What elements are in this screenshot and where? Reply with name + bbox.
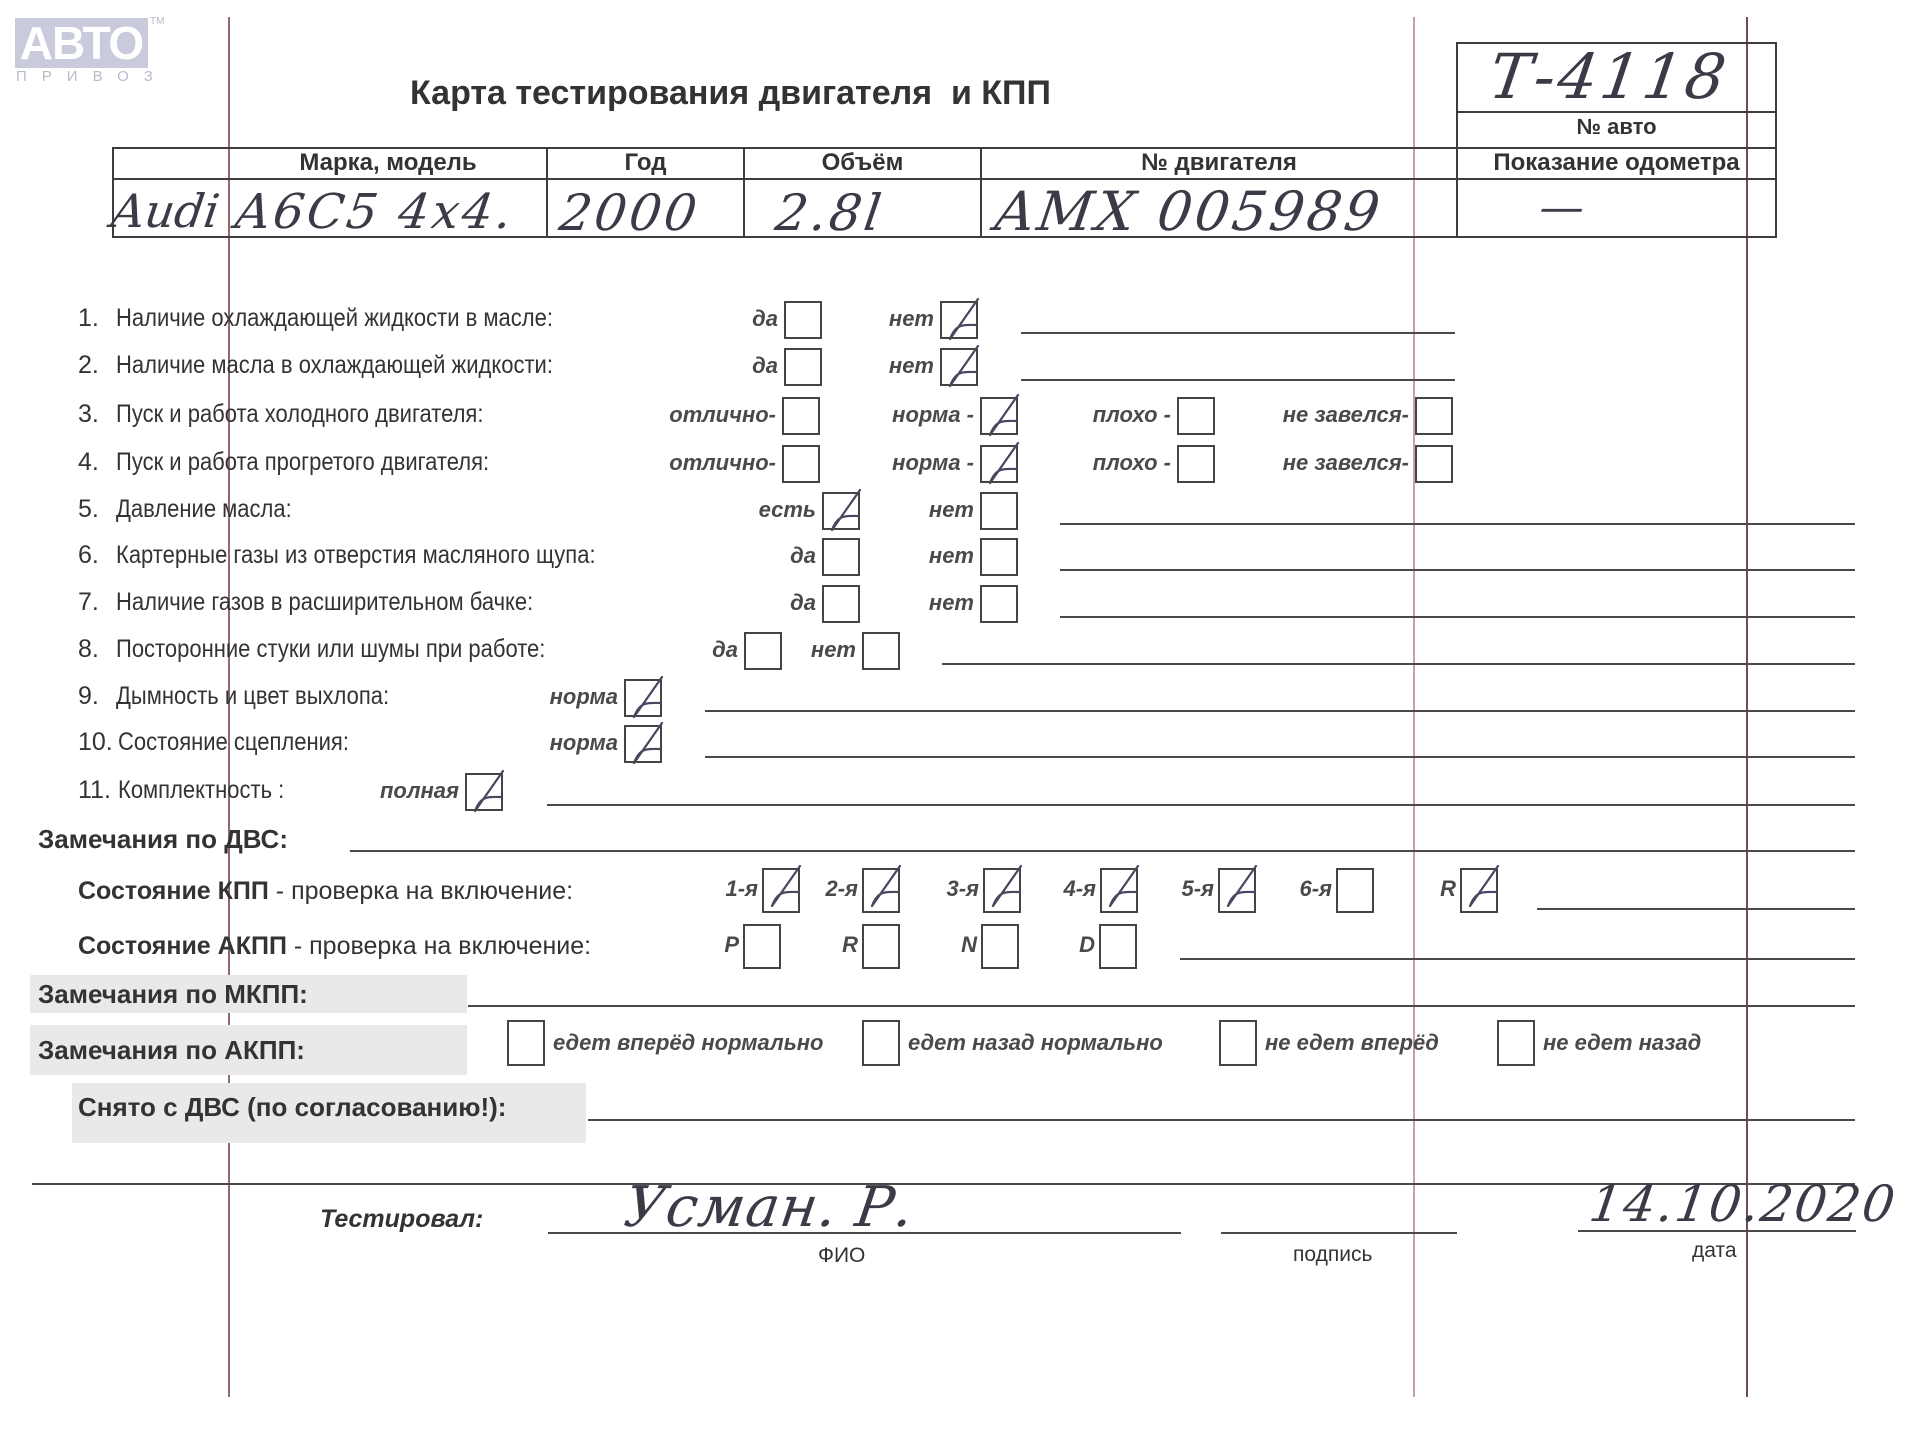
column-header-model: Марка, модель [229, 149, 547, 177]
gear-checkbox-1-я[interactable] [762, 868, 800, 913]
tested-by-label: Тестировал: [320, 1205, 483, 1234]
notes-line-1[interactable] [1021, 332, 1455, 334]
option-label: да [700, 306, 778, 332]
auto-gearbox-label-bold: Состояние АКПП [78, 932, 287, 960]
position-checkbox-P[interactable] [743, 924, 781, 969]
position-label: N [940, 932, 977, 958]
divider [113, 178, 1777, 180]
notes-line-11[interactable] [547, 804, 1855, 806]
checkbox-4-1[interactable] [782, 445, 820, 483]
notes-line-2[interactable] [1021, 379, 1455, 381]
checkbox-6-1[interactable] [822, 538, 860, 576]
checklist-label: Состояние сцепления: [118, 728, 349, 757]
option-label: не завелся- [1230, 402, 1409, 428]
position-checkbox-N[interactable] [981, 924, 1019, 969]
odometer-value: — [1536, 182, 1590, 233]
notes-line-7[interactable] [1060, 616, 1855, 618]
trademark-mark: TM [150, 16, 164, 27]
option-label: да [700, 590, 816, 616]
signature-caption: подпись [1293, 1243, 1372, 1267]
column-header-odometer: Показание одометра [1456, 149, 1777, 177]
column-header-volume: Объём [744, 149, 981, 177]
brand-logo: АВТО [15, 18, 148, 68]
engine-remarks-line[interactable] [350, 850, 1855, 852]
checkbox-2-1[interactable] [784, 348, 822, 386]
option-label: отлично- [640, 402, 776, 428]
checkbox-3-3[interactable] [1177, 397, 1215, 435]
option-label: норма - [860, 450, 974, 476]
checklist-label: Пуск и работа прогретого двигателя: [116, 448, 489, 477]
notes-line-8[interactable] [942, 663, 1855, 665]
auto-gearbox-label: Состояние АКПП - проверка на включение: [78, 932, 591, 961]
checklist-number: 10. [78, 728, 113, 757]
gear-label: 4-я [1050, 876, 1096, 902]
position-label: D [1060, 932, 1095, 958]
option-label: да [700, 543, 816, 569]
auto-remark-label: не едет вперёд [1265, 1030, 1439, 1056]
checklist-label: Комплектность : [118, 776, 284, 805]
gear-label: 2-я [808, 876, 858, 902]
gear-label: 3-я [930, 876, 979, 902]
gear-label: R [1425, 876, 1456, 902]
gear-checkbox-4-я[interactable] [1100, 868, 1138, 913]
checkbox-7-2[interactable] [980, 585, 1018, 623]
name-line[interactable] [548, 1232, 1181, 1234]
option-label: нет [860, 497, 974, 523]
removed-line[interactable] [588, 1119, 1855, 1121]
checkbox-11-1[interactable] [465, 773, 503, 811]
notes-line-9[interactable] [705, 710, 1855, 712]
car-number-label: № авто [1456, 114, 1777, 140]
manual-remarks-line[interactable] [468, 1005, 1855, 1007]
option-label: норма - [860, 402, 974, 428]
date-line[interactable] [1578, 1230, 1856, 1232]
gear-checkbox-3-я[interactable] [983, 868, 1021, 913]
checkbox-5-1[interactable] [822, 492, 860, 530]
gear-label: 1-я [690, 876, 758, 902]
gear-checkbox-6-я[interactable] [1336, 868, 1374, 913]
auto-remark-label: не едет назад [1543, 1030, 1701, 1056]
position-checkbox-D[interactable] [1099, 924, 1137, 969]
auto-gearbox-label-rest: - проверка на включение: [287, 932, 591, 960]
position-label: R [820, 932, 858, 958]
checklist-label: Пуск и работа холодного двигателя: [116, 400, 483, 429]
option-label: отлично- [640, 450, 776, 476]
manual-gearbox-line[interactable] [1537, 908, 1855, 910]
column-header-year: Год [547, 149, 744, 177]
position-label: P [700, 932, 739, 958]
option-label: норма [480, 730, 618, 756]
checklist-number: 3. [78, 400, 99, 429]
gear-label: 5-я [1168, 876, 1214, 902]
checkbox-5-2[interactable] [980, 492, 1018, 530]
auto-gearbox-line[interactable] [1180, 958, 1855, 960]
auto-remarks-label: Замечания по АКПП: [30, 1025, 467, 1075]
manual-remarks-label: Замечания по МКПП: [30, 975, 467, 1013]
checklist-number: 11. [78, 776, 111, 805]
checkbox-4-2[interactable] [980, 445, 1018, 483]
option-label: нет [860, 590, 974, 616]
auto-remark-checkbox-2[interactable] [862, 1020, 900, 1066]
date-value: 14.10.2020 [1586, 1175, 1900, 1233]
checkbox-4-3[interactable] [1177, 445, 1215, 483]
checklist-number: 8. [78, 635, 99, 664]
option-label: плохо - [1040, 450, 1171, 476]
auto-remark-checkbox-1[interactable] [507, 1020, 545, 1066]
checkbox-6-2[interactable] [980, 538, 1018, 576]
option-label: нет [760, 637, 856, 663]
brand-subtitle: ПРИВОЗ [16, 68, 168, 85]
checkbox-9-1[interactable] [624, 679, 662, 717]
make-value: Audi [108, 184, 223, 238]
car-number-value: Т-4118 [1485, 40, 1733, 113]
checklist-label: Давление масла: [116, 495, 292, 524]
checkbox-3-2[interactable] [980, 397, 1018, 435]
checkbox-4-4[interactable] [1415, 445, 1453, 483]
checklist-number: 1. [78, 304, 99, 333]
option-label: нет [860, 353, 934, 379]
option-label: есть [700, 497, 816, 523]
page-title: Карта тестирования двигателя и КПП [410, 74, 1051, 113]
model-value: A6C5 4x4. [232, 184, 518, 240]
gear-label: 6-я [1288, 876, 1332, 902]
checklist-label: Дымность и цвет выхлопа: [116, 682, 389, 711]
section-divider [32, 1183, 1855, 1185]
checklist-number: 7. [78, 588, 99, 617]
checkbox-3-4[interactable] [1415, 397, 1453, 435]
year-value: 2000 [556, 184, 703, 242]
manual-gearbox-label-rest: - проверка на включение: [269, 877, 573, 905]
checklist-label: Наличие масла в охлаждающей жидкости: [116, 351, 553, 380]
option-label: нет [860, 543, 974, 569]
auto-remark-checkbox-4[interactable] [1497, 1020, 1535, 1066]
date-caption: дата [1692, 1239, 1737, 1263]
checkbox-3-1[interactable] [782, 397, 820, 435]
option-label: да [700, 353, 778, 379]
auto-remark-checkbox-3[interactable] [1219, 1020, 1257, 1066]
checkbox-10-1[interactable] [624, 725, 662, 763]
option-label: нет [860, 306, 934, 332]
option-label: полная [330, 778, 459, 804]
checklist-label: Наличие газов в расширительном бачке: [116, 588, 533, 617]
engine-remarks-label: Замечания по ДВС: [38, 824, 288, 855]
checkbox-7-1[interactable] [822, 585, 860, 623]
checklist-number: 4. [78, 448, 99, 477]
auto-remark-label: едет назад нормально [908, 1030, 1163, 1056]
margin-line-middle [1413, 17, 1415, 1397]
name-caption: ФИО [818, 1244, 865, 1268]
gear-checkbox-2-я[interactable] [862, 868, 900, 913]
option-label: не завелся- [1230, 450, 1409, 476]
gear-checkbox-5-я[interactable] [1218, 868, 1256, 913]
checkbox-2-2[interactable] [940, 348, 978, 386]
signature-line[interactable] [1221, 1232, 1457, 1234]
checkbox-8-2[interactable] [862, 632, 900, 670]
tester-name-value: Усман. Р. [620, 1175, 918, 1240]
checkbox-1-2[interactable] [940, 301, 978, 339]
notes-line-5[interactable] [1060, 523, 1855, 525]
checklist-number: 2. [78, 351, 99, 380]
option-label: плохо - [1040, 402, 1171, 428]
position-checkbox-R[interactable] [862, 924, 900, 969]
manual-gearbox-label-bold: Состояние КПП [78, 877, 269, 905]
checklist-label: Картерные газы из отверстия масляного щу… [116, 541, 596, 570]
removed-label: Снято с ДВС (по согласованию!): [72, 1083, 586, 1143]
auto-remark-label: едет вперёд нормально [553, 1030, 824, 1056]
checklist-number: 6. [78, 541, 99, 570]
notes-line-10[interactable] [705, 756, 1855, 758]
checklist-label: Наличие охлаждающей жидкости в масле: [116, 304, 553, 333]
option-label: норма [480, 684, 618, 710]
checklist-number: 5. [78, 495, 99, 524]
option-label: да [640, 637, 738, 663]
checklist-number: 9. [78, 682, 99, 711]
checklist-label: Посторонние стуки или шумы при работе: [116, 635, 545, 664]
engine-number-value: AMX 005989 [992, 180, 1387, 243]
volume-value: 2.8l [772, 184, 888, 242]
notes-line-6[interactable] [1060, 569, 1855, 571]
gear-checkbox-R[interactable] [1460, 868, 1498, 913]
checkbox-1-1[interactable] [784, 301, 822, 339]
manual-gearbox-label: Состояние КПП - проверка на включение: [78, 877, 573, 906]
column-header-engine-number: № двигателя [981, 149, 1457, 177]
